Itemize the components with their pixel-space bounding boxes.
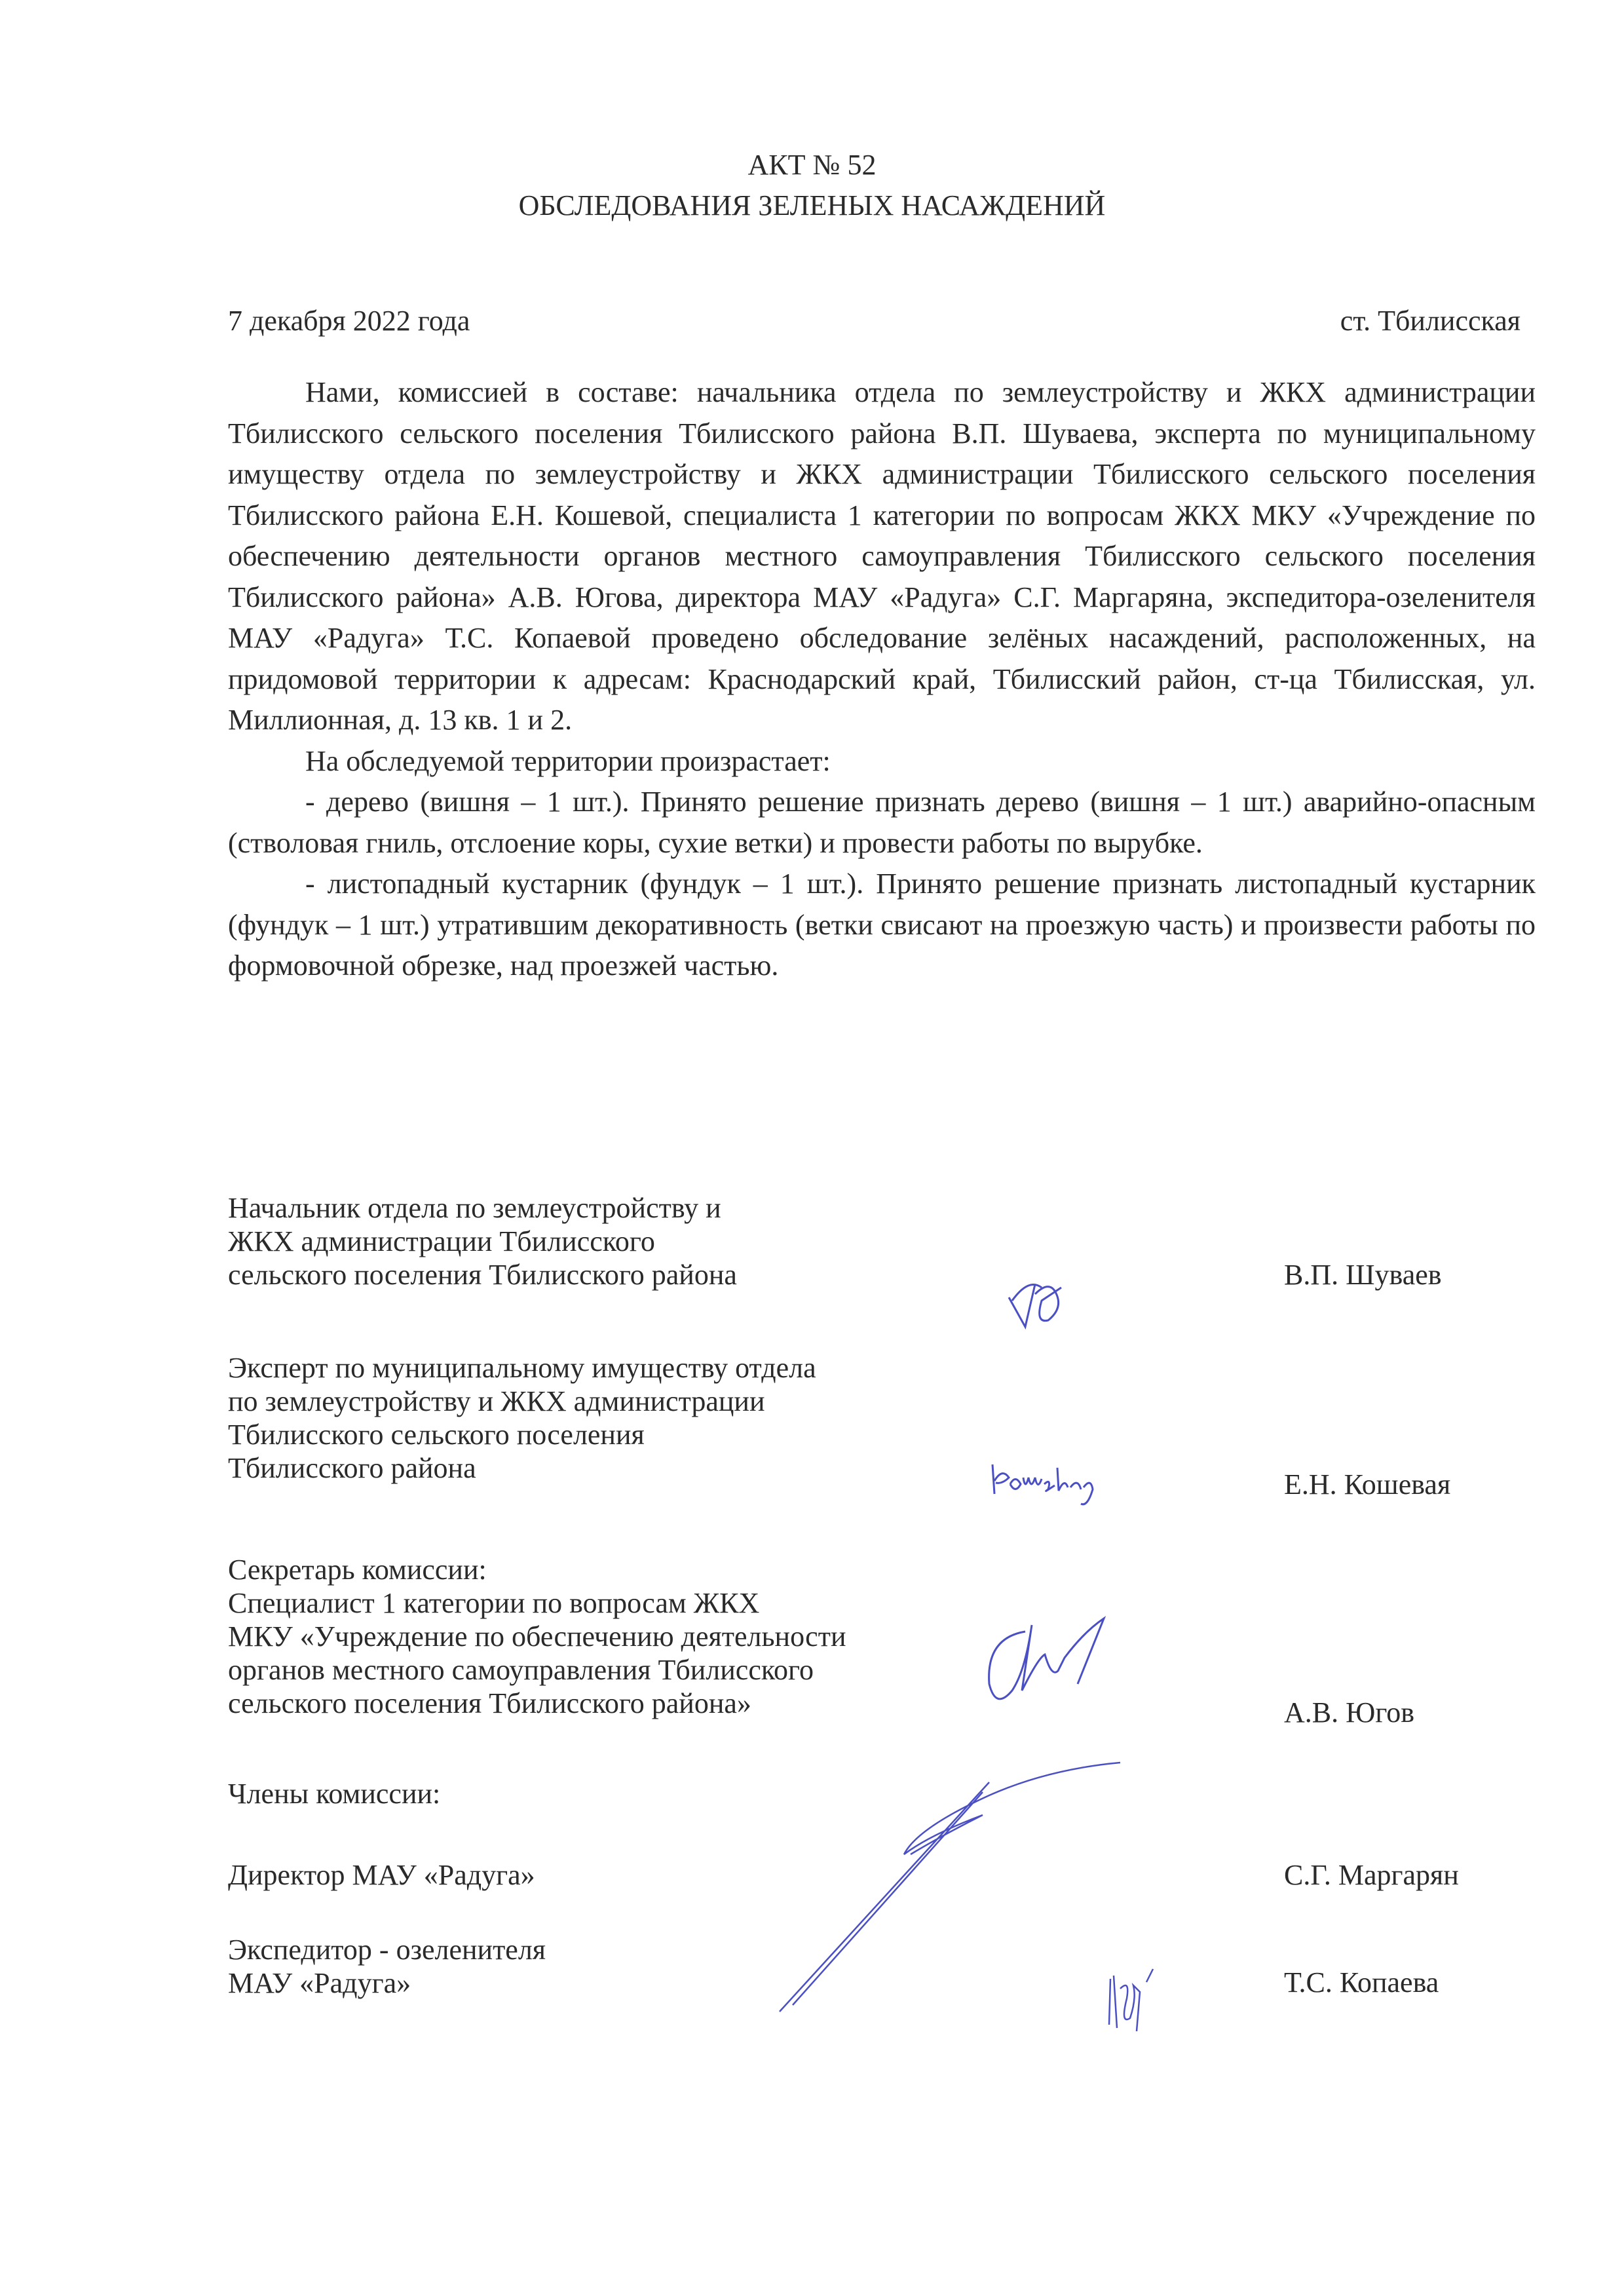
territory-paragraph: На обследуемой территории произрастает:	[228, 741, 1536, 782]
role-line: Начальник отдела по землеустройству и	[228, 1191, 737, 1225]
role-line: МАУ «Радуга»	[228, 1966, 546, 2000]
act-subtitle: ОБСЛЕДОВАНИЯ ЗЕЛЕНЫХ НАСАЖДЕНИЙ	[0, 186, 1624, 225]
signatory-name-2: Е.Н. Кошевая	[1284, 1468, 1450, 1501]
signatory-name-6: Т.С. Копаева	[1284, 1966, 1439, 1999]
role-line: Эксперт по муниципальному имуществу отде…	[228, 1351, 816, 1385]
role-line: сельского поселения Тбилисского района	[228, 1258, 737, 1291]
role-line: органов местного самоуправления Тбилисск…	[228, 1653, 846, 1687]
signature-margaryan-icon	[773, 1756, 1140, 2021]
members-heading: Члены комиссии:	[228, 1777, 440, 1810]
role-line: МКУ «Учреждение по обеспечению деятельно…	[228, 1620, 846, 1653]
role-line: Специалист 1 категории по вопросам ЖКХ	[228, 1586, 846, 1620]
signatory-role-3: Секретарь комиссии: Специалист 1 категор…	[228, 1553, 846, 1720]
signatory-name-1: В.П. Шуваев	[1284, 1258, 1442, 1291]
tree-decision-paragraph: - дерево (вишня – 1 шт.). Принято решени…	[228, 782, 1536, 864]
act-place: ст. Тбилисская	[1340, 304, 1520, 337]
act-body: Нами, комиссией в составе: начальника от…	[228, 372, 1536, 987]
role-line: Тбилисского района	[228, 1451, 816, 1485]
signature-kosheva-icon	[989, 1458, 1101, 1514]
role-line: по землеустройству и ЖКХ администрации	[228, 1385, 816, 1418]
signatory-role-6: Экспедитор - озеленителя МАУ «Радуга»	[228, 1933, 546, 2000]
commission-paragraph: Нами, комиссией в составе: начальника от…	[228, 372, 1536, 741]
signatory-name-5: С.Г. Маргарян	[1284, 1858, 1459, 1892]
signatory-name-3: А.В. Югов	[1284, 1696, 1414, 1729]
signatory-role-1: Начальник отдела по землеустройству и ЖК…	[228, 1191, 737, 1291]
role-line: Секретарь комиссии:	[228, 1553, 846, 1586]
role-line: Тбилисского сельского поселения	[228, 1418, 816, 1451]
shrub-decision-paragraph: - листопадный кустарник (фундук – 1 шт.)…	[228, 864, 1536, 987]
role-line: Экспедитор - озеленителя	[228, 1933, 546, 1966]
role-line: ЖКХ администрации Тбилисского	[228, 1225, 737, 1258]
signatory-role-2: Эксперт по муниципальному имуществу отде…	[228, 1351, 816, 1485]
signature-yugov-icon	[986, 1618, 1130, 1707]
document-page: АКТ № 52 ОБСЛЕДОВАНИЯ ЗЕЛЕНЫХ НАСАЖДЕНИЙ…	[0, 0, 1624, 2294]
role-line: сельского поселения Тбилисского района»	[228, 1687, 846, 1720]
signature-shuvaev-icon	[1009, 1281, 1074, 1337]
signature-kopaeva-icon	[1107, 1966, 1160, 2041]
act-title: АКТ № 52	[0, 145, 1624, 185]
signatory-role-5: Директор МАУ «Радуга»	[228, 1858, 535, 1892]
act-date: 7 декабря 2022 года	[228, 304, 470, 337]
